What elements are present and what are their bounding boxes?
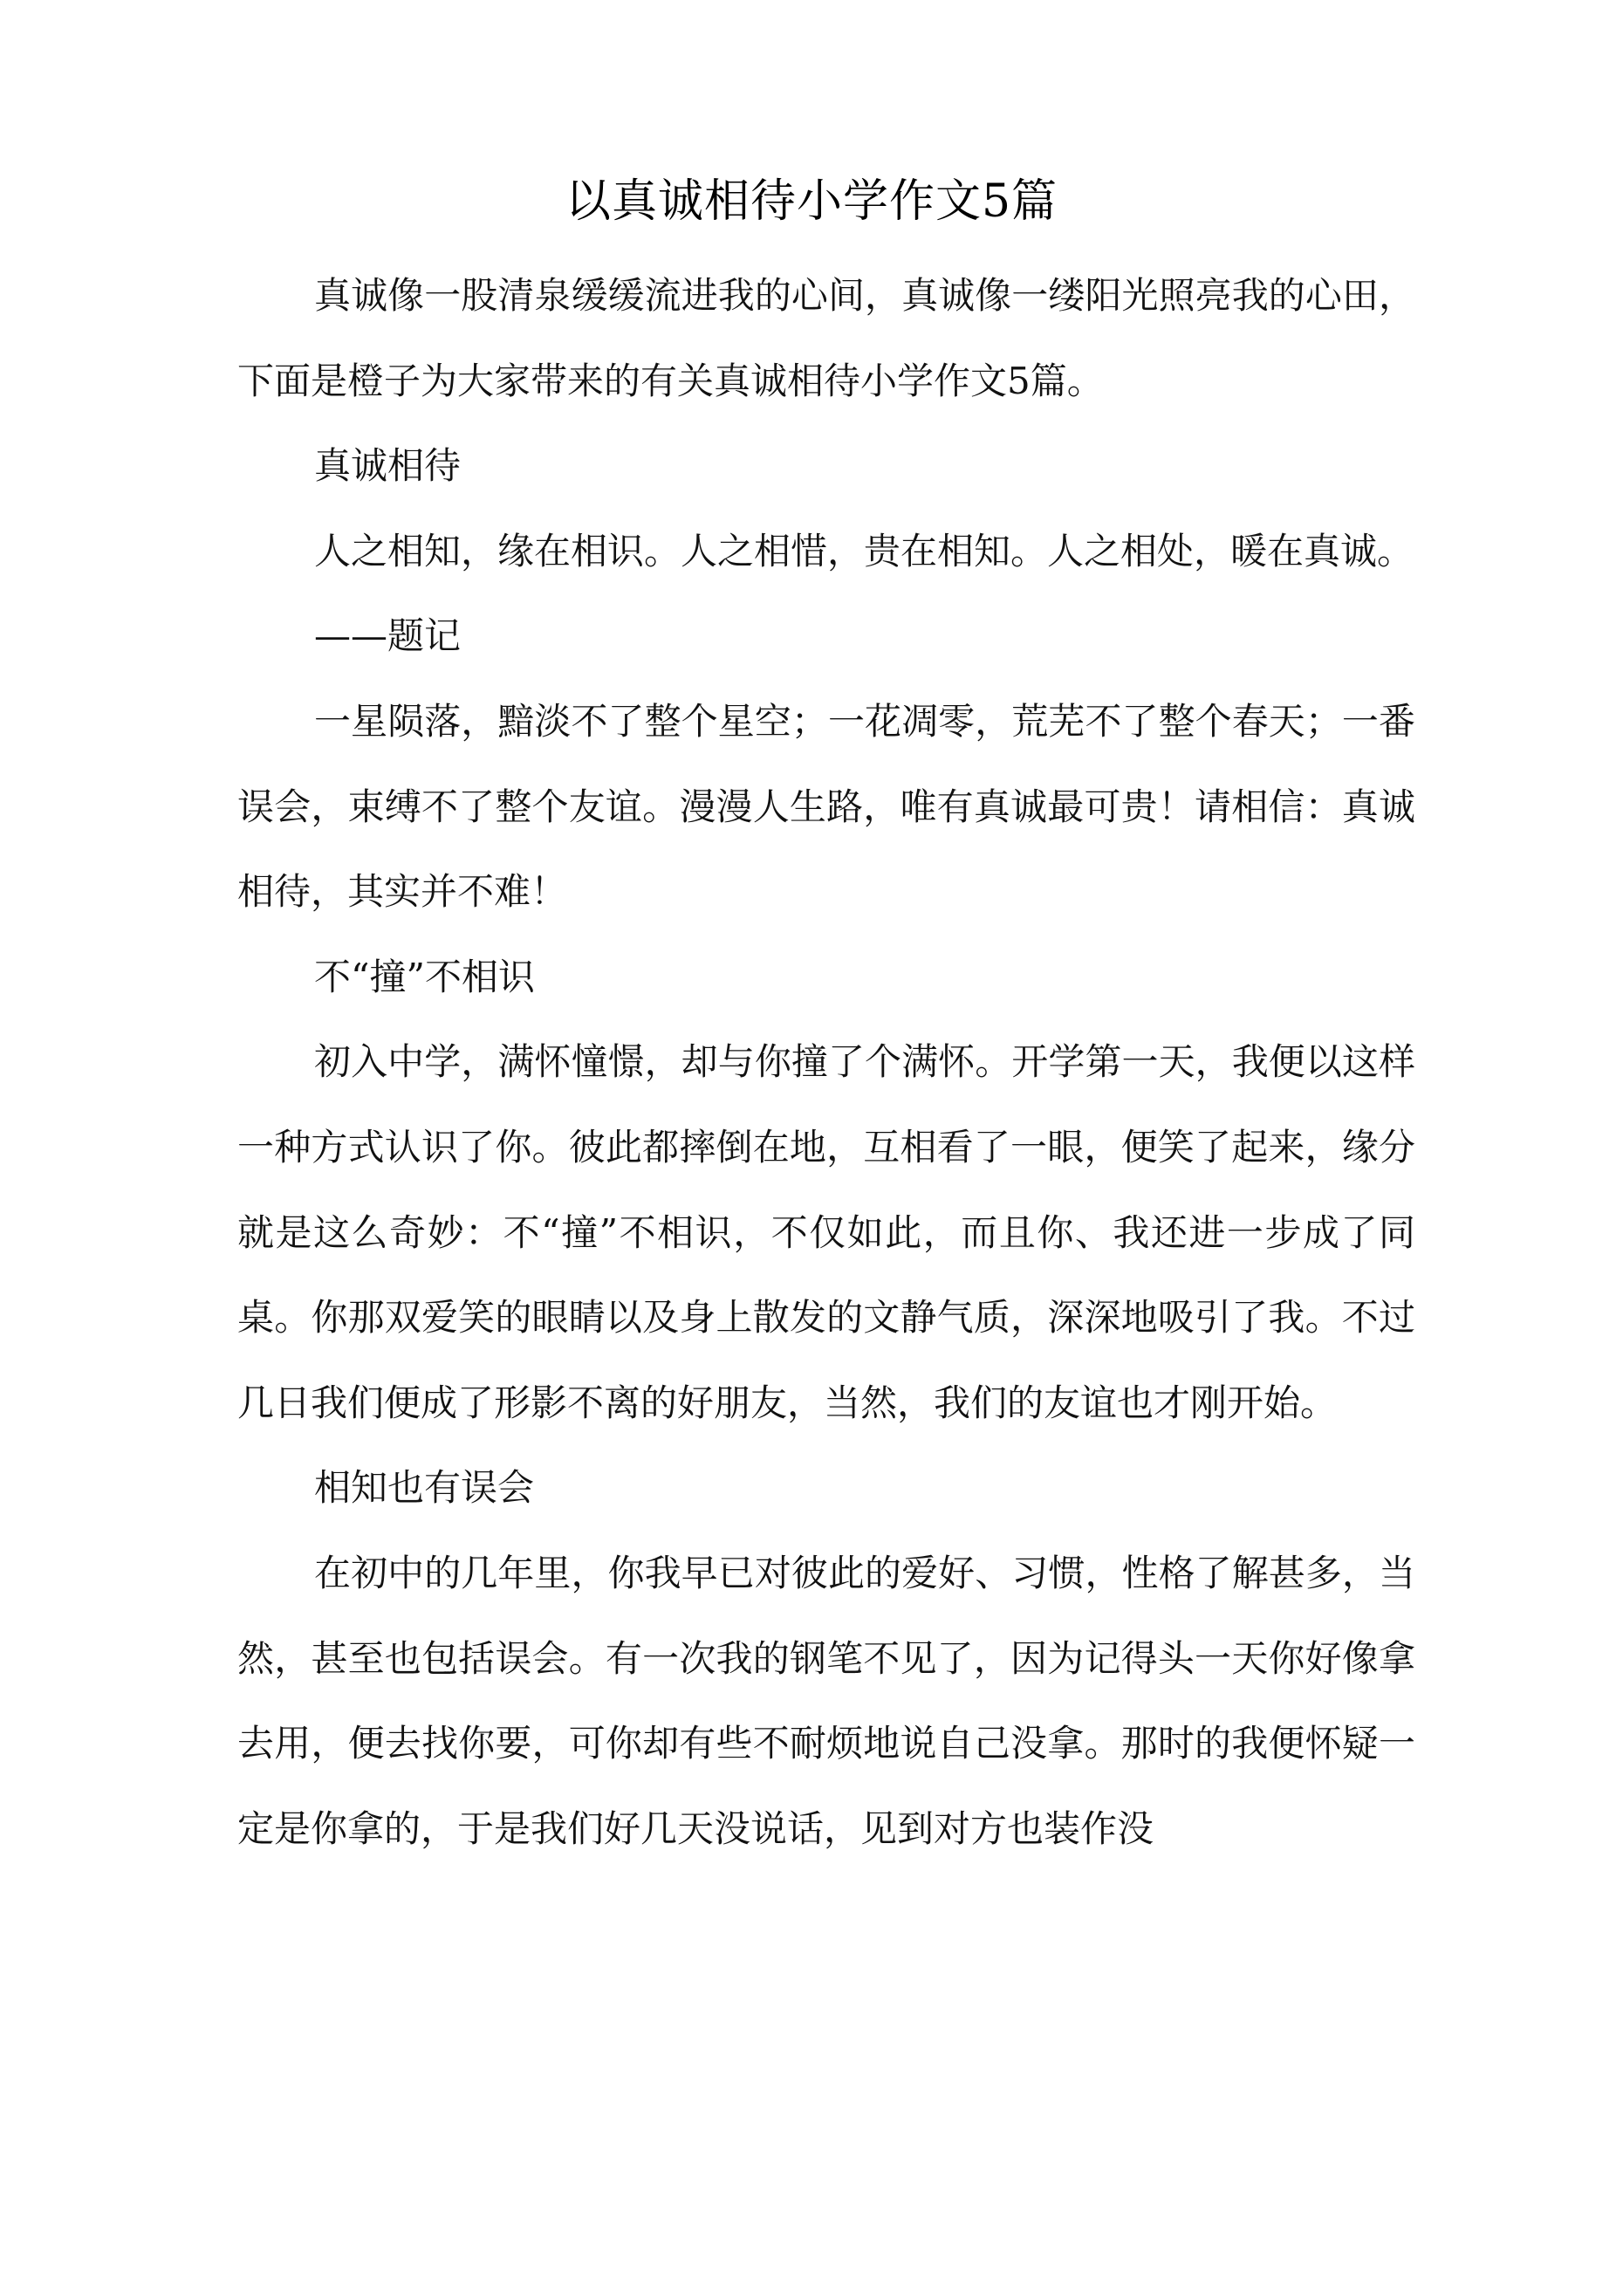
paragraph-misunderstanding: 在初中的几年里，你我早已对彼此的爱好、习惯，性格了解甚多，当然，甚至也包括误会。…: [237, 1531, 1415, 1871]
paragraph-meeting: 初入中学，满怀憧憬，却与你撞了个满怀。开学第一天，我便以这样一种方式认识了你。彼…: [237, 1019, 1415, 1445]
document-body: 真诚像一股清泉缓缓流进我的心间，真诚像一缕阳光照亮我的心田，下面是橙子为大家带来…: [237, 253, 1415, 1871]
document-title: 以真诚相待小学作文5篇: [0, 171, 1623, 232]
section-heading-meeting: 不“撞”不相识: [237, 935, 1415, 1020]
section-heading-misunderstanding: 相知也有误会: [237, 1445, 1415, 1531]
paragraph-epigraph: 人之相知，缘在相识。人之相惜，贵在相知。人之相处，暖在真诚。: [237, 509, 1415, 594]
paragraph-opening: 一星陨落，黯淡不了整个星空；一花凋零，荒芜不了整个春天；一番误会，束缚不了整个友…: [237, 679, 1415, 935]
epigraph-attribution: ——题记: [237, 593, 1415, 679]
document-page: 以真诚相待小学作文5篇 真诚像一股清泉缓缓流进我的心间，真诚像一缕阳光照亮我的心…: [0, 0, 1623, 2296]
paragraph-intro: 真诚像一股清泉缓缓流进我的心间，真诚像一缕阳光照亮我的心田，下面是橙子为大家带来…: [237, 253, 1415, 423]
section-heading-sincere: 真诚相待: [237, 423, 1415, 509]
